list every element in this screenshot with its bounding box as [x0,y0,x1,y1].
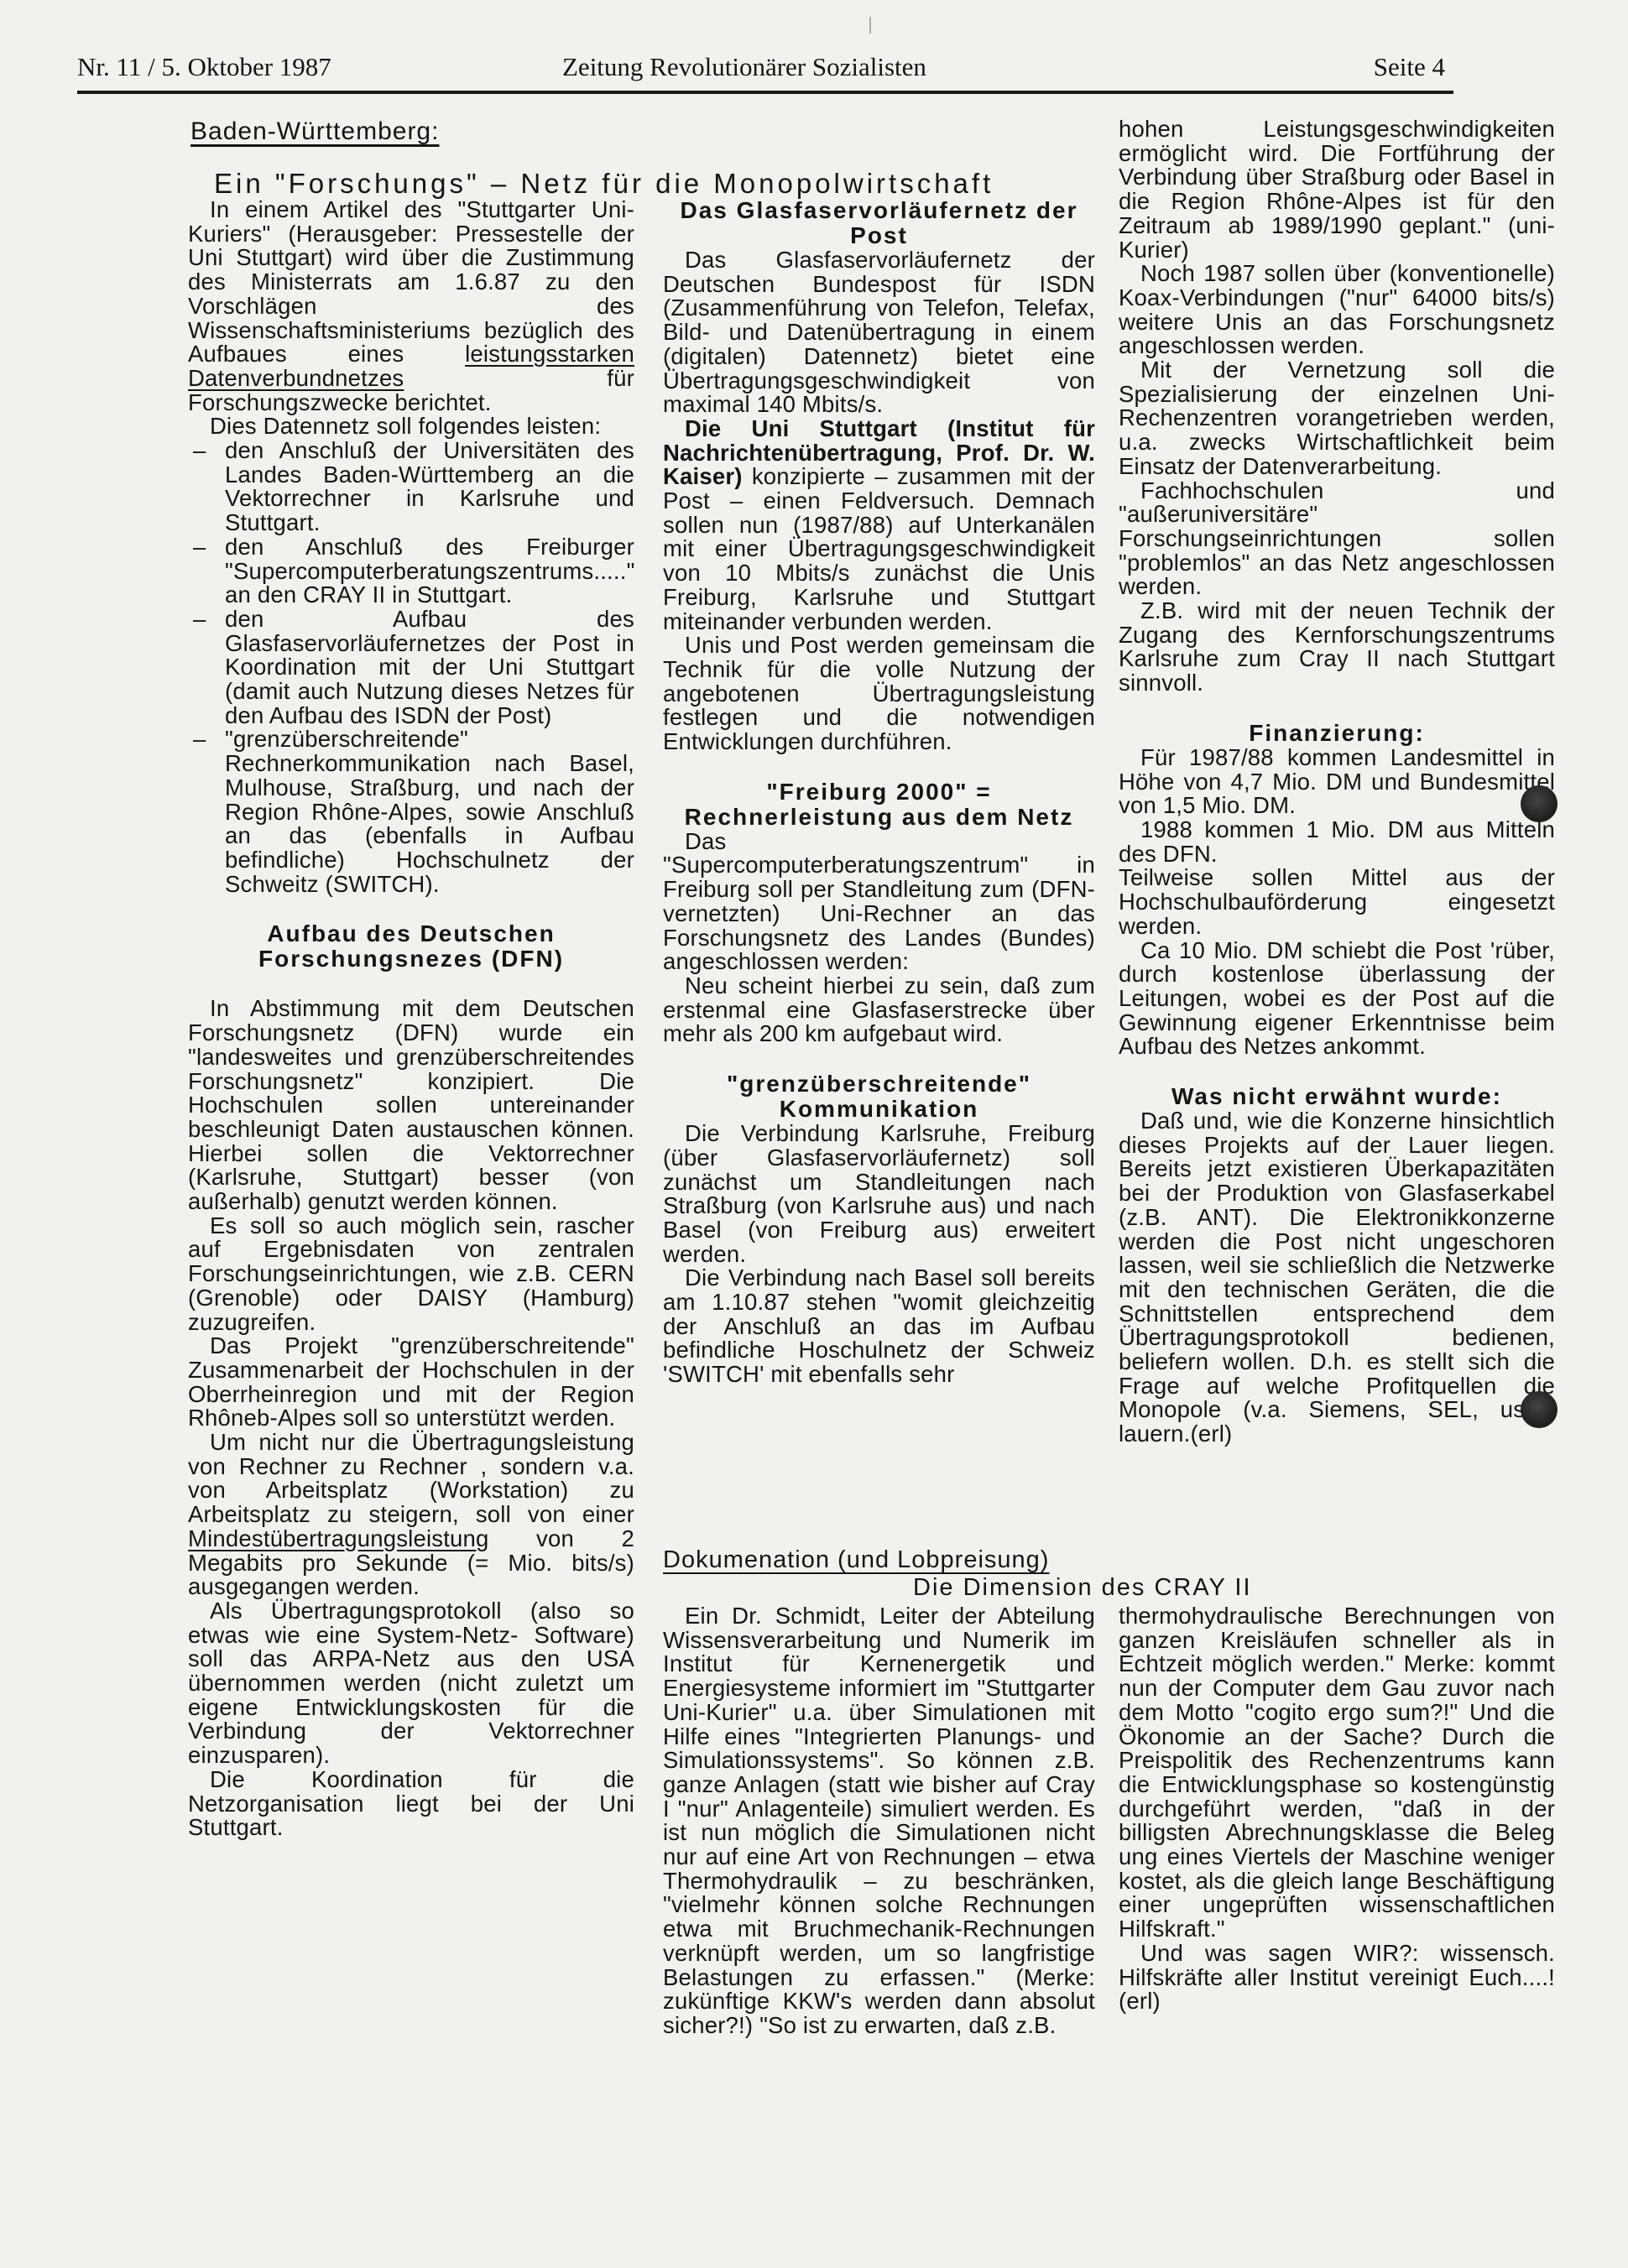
list-intro: Dies Datennetz soll folgendes leisten: [188,414,634,439]
intro-paragraph: In einem Artikel des "Stuttgarter Uni-Ku… [188,198,634,414]
list-item: den Anschluß der Universitäten des Lande… [188,439,634,535]
glasfaser-heading: Das Glasfaservorläufernetz der Post [663,198,1095,248]
scan-fold-mark [869,17,871,34]
documentation-heading: Dokumenation (und Lobpreisung) [663,1546,1049,1574]
section-label: Baden-Württemberg: [190,117,439,146]
newspaper-page: Nr. 11 / 5. Oktober 1987 Zeitung Revolut… [0,0,1628,2268]
issue-date: Nr. 11 / 5. Oktober 1987 [77,52,331,82]
page-number: Seite 4 [1374,52,1445,82]
paragraph: Es soll so auch möglich sein, rascher au… [188,1214,634,1335]
paragraph: Daß und, wie die Konzerne hinsichtlich d… [1119,1109,1555,1447]
paragraph: Mit der Vernetzung soll die Spezialisier… [1119,358,1555,479]
documentation-column-3: thermohydraulische Berechnungen von ganz… [1119,1604,1555,2014]
paragraph: Noch 1987 sollen über (konventionelle) K… [1119,262,1555,358]
paragraph: Die Verbindung Karlsruhe, Freiburg (über… [663,1122,1095,1266]
punch-hole [1521,1391,1558,1428]
paragraph: Z.B. wird mit der neuen Technik der Zuga… [1119,599,1555,696]
freiburg-heading: "Freiburg 2000" = Rechnerleistung aus de… [663,779,1095,830]
paragraph: hohen Leistungsgeschwindigkeiten ermögli… [1119,117,1555,262]
not-mentioned-heading: Was nicht erwähnt wurde: [1119,1084,1555,1109]
list-item: den Aufbau des Glasfaservorläufernetzes … [188,607,634,728]
column-3: hohen Leistungsgeschwindigkeiten ermögli… [1119,117,1555,1447]
paragraph: 1988 kommen 1 Mio. DM aus Mitteln des DF… [1119,818,1555,866]
paragraph: Neu scheint hierbei zu sein, daß zum ers… [663,974,1095,1046]
column-1: In einem Artikel des "Stuttgarter Uni-Ku… [188,198,634,1840]
financing-heading: Finanzierung: [1119,721,1555,746]
bandwidth-paragraph: Um nicht nur die Übertragungsleistung vo… [188,1431,634,1599]
paragraph: Und was sagen WIR?: wissensch. Hilfskräf… [1119,1942,1555,2014]
header-rule [77,91,1453,94]
paragraph: Das Glasfaservorläufernetz der Deutschen… [663,248,1095,417]
cray-subheading: Die Dimension des CRAY II [913,1574,1252,1602]
grenz-heading: "grenzüberschreitende" Kommunikation [663,1071,1095,1122]
article-title: Ein "Forschungs" – Netz für die Monopolw… [214,168,994,200]
underlined-phrase: Mindestübertragungsleistung [188,1525,489,1551]
page-header: Nr. 11 / 5. Oktober 1987 Zeitung Revolut… [77,52,1445,96]
paragraph: Die Uni Stuttgart (Institut für Nachrich… [663,417,1095,633]
paragraph: Das "Supercomputerberatungszentrum" in F… [663,830,1095,974]
paragraph: Für 1987/88 kommen Landesmittel in Höhe … [1119,746,1555,818]
paragraph: Die Verbindung nach Basel soll bereits a… [663,1266,1095,1387]
documentation-column-2: Ein Dr. Schmidt, Leiter der Abteilung Wi… [663,1604,1095,2038]
paragraph: In Abstimmung mit dem Deutschen Forschun… [188,997,634,1213]
paragraph: Ein Dr. Schmidt, Leiter der Abteilung Wi… [663,1604,1095,2038]
paragraph: Ca 10 Mio. DM schiebt die Post 'rüber, d… [1119,939,1555,1060]
paragraph: Als Übertragungsprotokoll (also so etwas… [188,1599,634,1768]
list-item: "grenzüberschreitende" Rechnerkommunikat… [188,727,634,896]
paragraph: Die Koordination für die Netzorganisatio… [188,1768,634,1840]
dfn-heading: Aufbau des Deutschen Forschungsnezes (DF… [188,921,634,972]
punch-hole [1521,785,1558,822]
publication-title: Zeitung Revolutionärer Sozialisten [562,52,926,82]
paragraph: Fachhochschulen und "außeruniversitäre" … [1119,479,1555,600]
paragraph: Teilweise sollen Mittel aus der Hochschu… [1119,866,1555,938]
paragraph: Unis und Post werden gemeinsam die Techn… [663,633,1095,754]
paragraph: thermohydraulische Berechnungen von ganz… [1119,1604,1555,1942]
column-2: Das Glasfaservorläufernetz der Post Das … [663,198,1095,1387]
paragraph: Das Projekt "grenzüberschreitende" Zusam… [188,1334,634,1431]
goals-list: den Anschluß der Universitäten des Lande… [188,439,634,896]
list-item: den Anschluß des Freiburger "Supercomput… [188,535,634,607]
